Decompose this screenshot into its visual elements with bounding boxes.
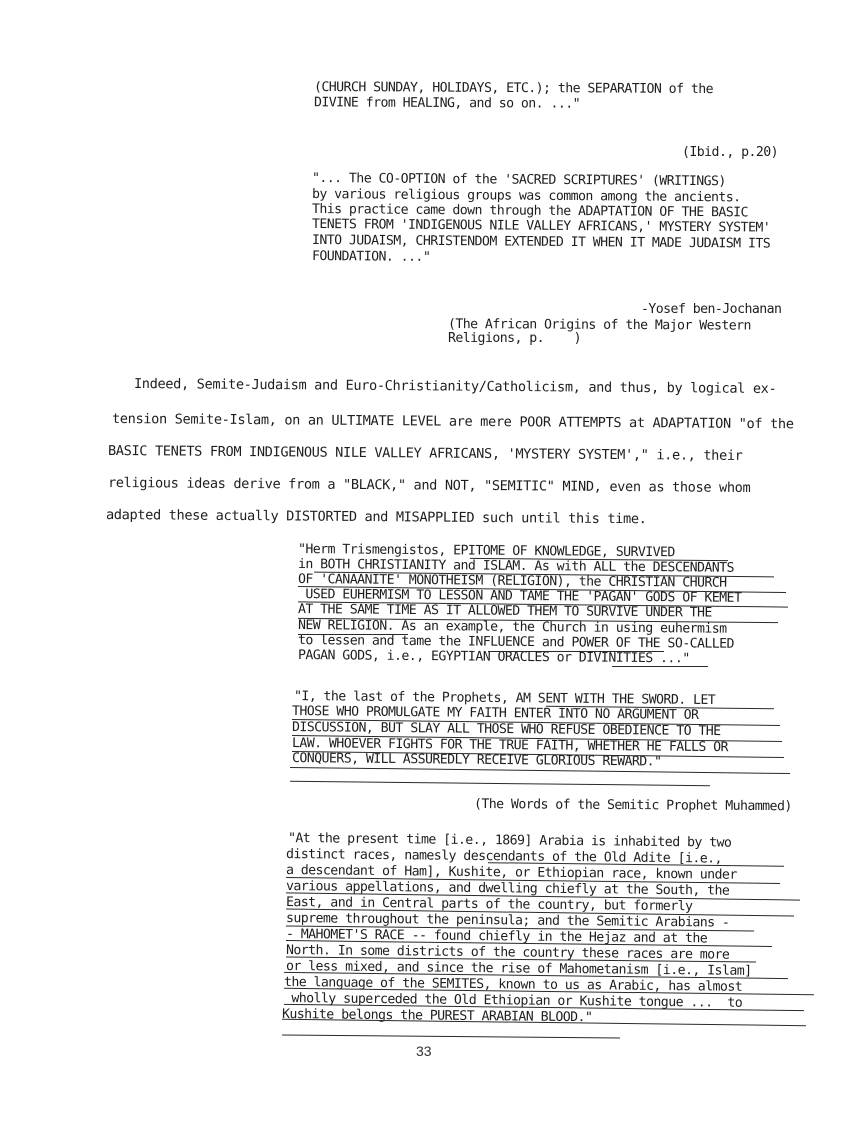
underline-mark — [612, 666, 708, 667]
underline-mark — [298, 634, 408, 635]
underline-mark — [488, 651, 664, 652]
quote-4-citation: (The Words of the Semitic Prophet Muhamm… — [474, 798, 792, 813]
quote-2-line: TENETS FROM 'INDIGENOUS NILE VALLEY AFRI… — [312, 218, 770, 235]
page-number: 33 — [416, 1043, 432, 1059]
quote-1-line: DIVINE from HEALING, and so on. ..." — [314, 96, 580, 111]
body-line: adapted these actually DISTORTED and MIS… — [106, 509, 647, 527]
document-page: (CHURCH SUNDAY, HOLIDAYS, ETC.); the SEP… — [0, 0, 850, 1125]
underline-mark — [290, 781, 710, 787]
quote-1-citation: (Ibid., p.20) — [682, 146, 778, 159]
body-line: religious ideas derive from a "BLACK," a… — [108, 477, 750, 496]
body-line: tension Semite-Islam, on an ULTIMATE LEV… — [112, 413, 794, 432]
quote-2-line: INTO JUDAISM, CHRISTENDOM EXTENDED IT WH… — [312, 234, 770, 251]
body-line: BASIC TENETS FROM INDIGENOUS NILE VALLEY… — [108, 445, 743, 464]
underline-mark — [282, 1035, 620, 1039]
quote-2-line: "... The CO-OPTION of the 'SACRED SCRIPT… — [312, 172, 726, 188]
quote-2-author: -Yosef ben-Jochanan — [641, 303, 781, 316]
quote-2-line: FOUNDATION. ..." — [312, 250, 430, 264]
quote-1-line: (CHURCH SUNDAY, HOLIDAYS, ETC.); the SEP… — [314, 81, 713, 96]
quote-2-source-line: Religions, p. ) — [448, 332, 581, 345]
body-line: Indeed, Semite-Judaism and Euro-Christia… — [134, 378, 776, 397]
